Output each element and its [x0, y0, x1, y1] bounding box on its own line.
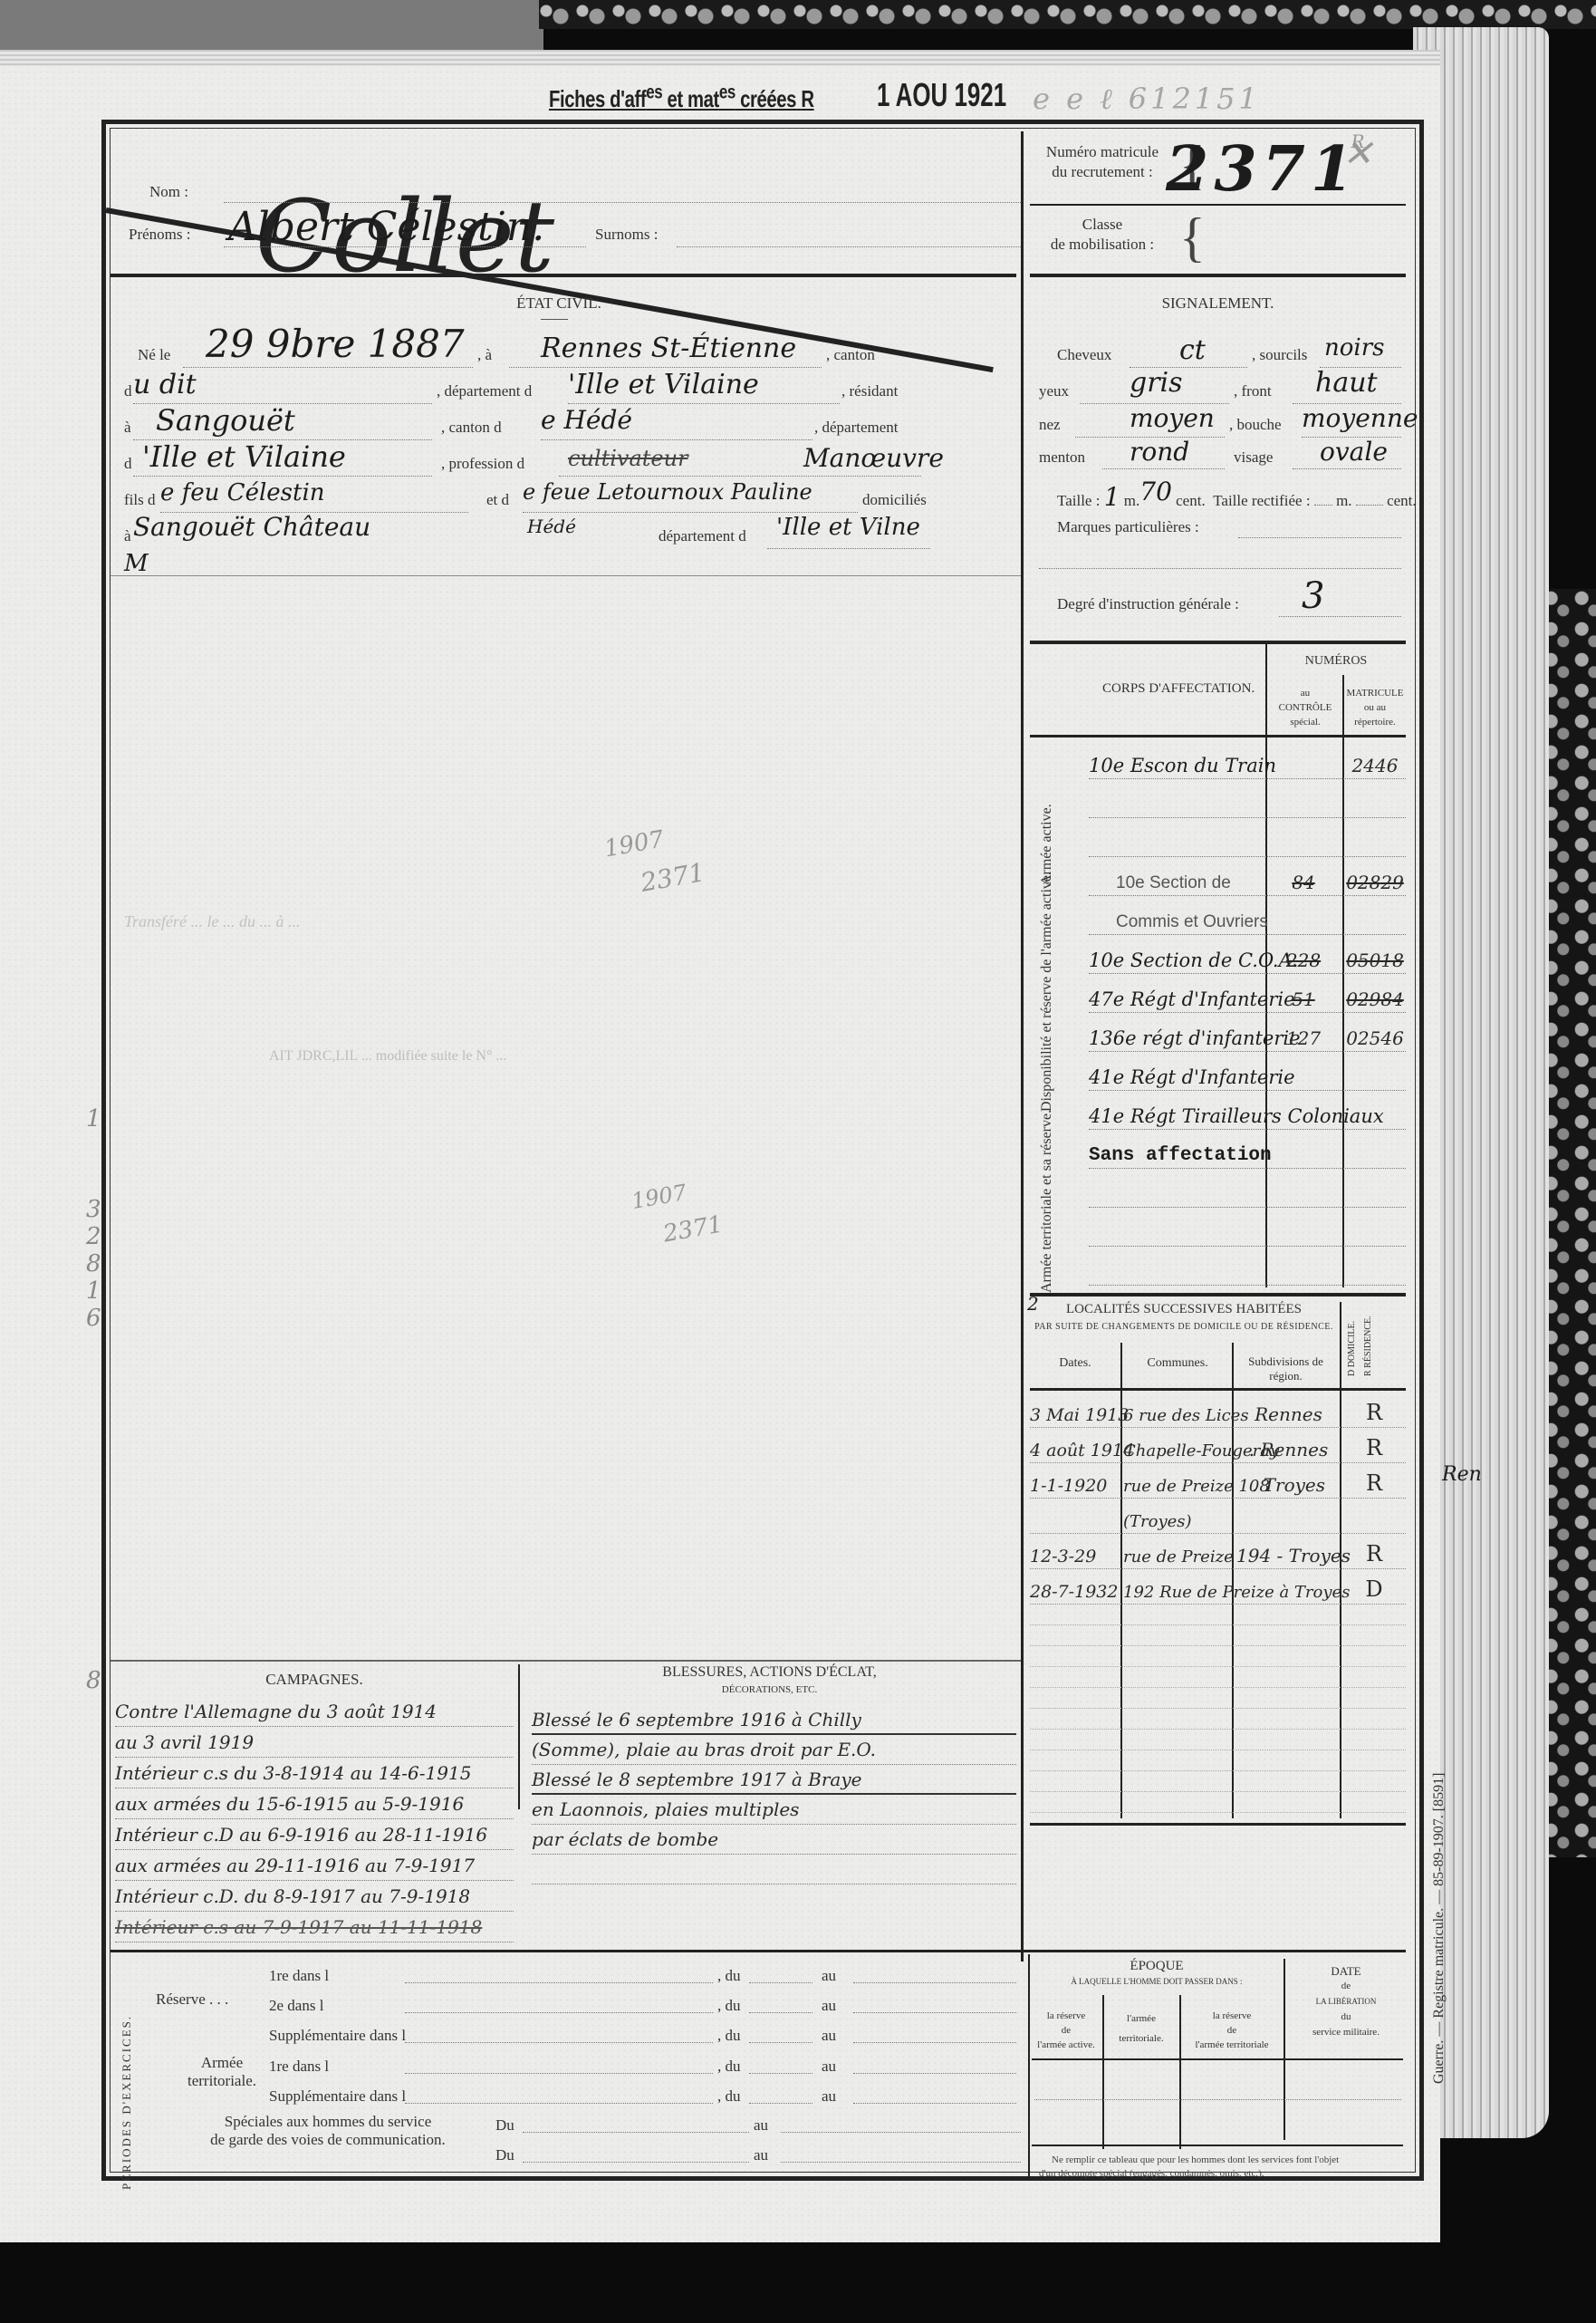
- campagne-line: au 3 avril 1919: [115, 1727, 514, 1758]
- affectation-row: 10e Escon du Train2446: [1089, 740, 1406, 779]
- periode-row: 1re dans l, duau: [269, 2052, 1021, 2079]
- corps-cell: Sans affectation: [1089, 1145, 1265, 1166]
- du-label: Du: [495, 2146, 514, 2164]
- au-label: au: [754, 2116, 768, 2135]
- corps-cell: 41e Régt d'Infanterie: [1089, 1066, 1265, 1088]
- marbled-cover-top: [539, 0, 1596, 29]
- periode-label: 2e dans l: [269, 1997, 323, 2015]
- surnoms-line: [677, 246, 1021, 247]
- campagne-line: Intérieur c.s du 3-8-1914 au 14-6-1915: [115, 1758, 514, 1788]
- du-label: , du: [717, 2058, 741, 2076]
- affectation-row: [1089, 779, 1406, 818]
- bouche-label: , bouche: [1229, 416, 1282, 434]
- margin-note: Ren: [1442, 1463, 1482, 1486]
- taille-m-value: 1: [1104, 482, 1120, 512]
- section-active-label: Armée active.: [1039, 767, 1055, 885]
- taille-rectifiee-label: Taille rectifiée :: [1213, 492, 1310, 509]
- periode-line: [405, 2012, 713, 2013]
- col-communes-header: Communes.: [1123, 1356, 1232, 1371]
- du-line: [523, 2132, 749, 2133]
- numeros-title: NUMÉROS: [1268, 654, 1404, 669]
- matricule-cell: 02984: [1344, 988, 1406, 1010]
- sourcils-label: , sourcils: [1252, 346, 1307, 364]
- marques-line: [1238, 537, 1401, 538]
- visage-label: visage: [1234, 448, 1273, 467]
- departement-label: , département d: [437, 382, 532, 400]
- a2-label: à: [124, 419, 131, 437]
- au-line: [853, 2042, 1016, 2043]
- campagnes-divider: [518, 1664, 520, 1809]
- taille-cm-value: 70: [1139, 477, 1172, 506]
- nez-label: nez: [1039, 416, 1061, 434]
- departement-line: [568, 403, 840, 404]
- dr-cell: R: [1342, 1541, 1406, 1566]
- localites-table-body: 3 Mai 19136 rue des LicesRennesR4 août 1…: [1030, 1393, 1406, 1813]
- localite-row-empty: [1030, 1771, 1406, 1792]
- cheveux-label: Cheveux: [1057, 346, 1111, 364]
- mere-line: [523, 512, 858, 513]
- departement3-label: département d: [659, 527, 746, 545]
- epoque-bottom-rule: [1032, 2145, 1403, 2146]
- epoque-col-divider-3: [1284, 1959, 1285, 2140]
- commune-cell: Chapelle-Fougeray: [1123, 1441, 1232, 1460]
- margin-number: 1: [86, 1105, 101, 1133]
- yeux-label: yeux: [1039, 382, 1069, 400]
- departement2-label: , département: [814, 419, 899, 437]
- periode-line: [405, 2103, 713, 2104]
- subdivision-cell: Rennes: [1236, 1403, 1341, 1425]
- ne-le-line: [183, 367, 473, 368]
- campagne-line: Intérieur c.D au 6-9-1916 au 28-11-1916: [115, 1819, 514, 1850]
- affectation-header-rule: [1030, 735, 1406, 737]
- localite-row: 12-3-29rue de Preize194 - TroyesR: [1030, 1534, 1406, 1569]
- campagne-line: aux armées au 29-11-1916 au 7-9-1917: [115, 1850, 514, 1881]
- periode-row: Supplémentaire dans l, duau: [269, 2021, 1021, 2048]
- registre-matricule-imprint: Guerre. — Registre matricule. — 85-89-19…: [1431, 1431, 1447, 2084]
- registration-bottom-rule: [1030, 274, 1406, 277]
- localite-row-empty: [1030, 1709, 1406, 1730]
- affectation-row: 41e Régt d'Infanterie: [1089, 1052, 1406, 1091]
- margin-number: 8: [86, 1667, 101, 1694]
- localite-row-empty: [1030, 1625, 1406, 1646]
- au-line: [853, 2012, 1016, 2013]
- matricule-cell: 02829: [1344, 872, 1406, 893]
- matricule-label: Numéro matriculedu recrutement :: [1030, 142, 1175, 182]
- residence-value: Sangouët: [156, 403, 295, 438]
- prenoms-value: Albert Célestin.: [228, 204, 544, 250]
- sourcils-value: noirs: [1324, 334, 1385, 361]
- au-line: [853, 2103, 1016, 2104]
- front-value: haut: [1315, 367, 1378, 399]
- taille-m-unit: m.: [1124, 492, 1139, 509]
- blessure-line: (Somme), plaie au bras droit par E.O.: [532, 1735, 1016, 1765]
- classe-label: Classede mobilisation :: [1030, 215, 1175, 255]
- du-line: [749, 2042, 812, 2043]
- date-liberation-header: DATEdeLA LIBÉRATIONduservice militaire.: [1286, 1963, 1406, 2040]
- corps-cell: 47e Régt d'Infanterie: [1089, 988, 1265, 1010]
- au-label: au: [822, 1997, 836, 2015]
- taille-cm-unit: cent.: [1176, 492, 1206, 509]
- periodes-top-rule: [111, 1950, 1406, 1952]
- periodes-side-title: PÉRIODES D'EXERCICES.: [120, 1972, 134, 2190]
- periode-label: Supplémentaire dans l: [269, 2087, 406, 2106]
- signalement-bottom-rule: [1030, 641, 1406, 644]
- col-subdivisions-header: Subdivisions de région.: [1234, 1354, 1338, 1383]
- domicile-value: Sangouët Château: [133, 512, 370, 542]
- instruction-value: 3: [1302, 575, 1324, 617]
- profession-line: [559, 476, 921, 477]
- column-divider: [1021, 131, 1024, 1962]
- dr-cell: R: [1342, 1435, 1406, 1460]
- dr-cell: R: [1342, 1400, 1406, 1425]
- departement2-line: [133, 476, 432, 477]
- periode-line: [405, 1982, 713, 1983]
- yeux-value: gris: [1130, 367, 1183, 399]
- birthplace-value: Rennes St-Étienne: [541, 333, 796, 364]
- brace: {: [1179, 210, 1206, 265]
- section-dispo-label: Disponibilité et réserve de l'armée acti…: [1039, 903, 1055, 1112]
- controle-cell: 84: [1267, 872, 1340, 893]
- taille-rect-m-unit: m.: [1336, 492, 1351, 509]
- registration-rule: [1030, 204, 1406, 206]
- canton2-label: , canton d: [441, 419, 502, 437]
- domicilies-label: domiciliés: [862, 491, 927, 509]
- date-cell: 1-1-1920: [1030, 1476, 1120, 1496]
- periode-row: Supplémentaire dans l, duau: [269, 2082, 1021, 2109]
- commune-cell: rue de Preize 108: [1123, 1477, 1232, 1496]
- localites-header-rule: [1030, 1388, 1406, 1391]
- du-line: [749, 2103, 812, 2104]
- campagne-line: aux armées du 15-6-1915 au 5-9-1916: [115, 1788, 514, 1819]
- localites-side-mark: 2: [1027, 1293, 1039, 1315]
- localite-row: 1-1-1920rue de Preize 108. TroyesR: [1030, 1463, 1406, 1499]
- localite-row-empty: [1030, 1792, 1406, 1813]
- prenoms-line: [224, 246, 586, 247]
- col-controle-header: auCONTRÔLEspécial.: [1270, 686, 1341, 729]
- taille-rect-m-line: [1314, 505, 1332, 506]
- visage-value: ovale: [1320, 437, 1388, 467]
- page-top-strip: [0, 50, 1440, 66]
- margin-number: 3: [86, 1196, 101, 1223]
- departement-value: 'Ille et Vilaine: [568, 369, 759, 400]
- pencil-2371-b: 2371: [661, 1210, 725, 1248]
- dr-cell: R: [1342, 1470, 1406, 1496]
- date-stamp: 1 AOU 1921: [877, 76, 1006, 114]
- residant-label: , résidant: [841, 382, 898, 400]
- affectation-row: [1089, 1247, 1406, 1286]
- au-label: au: [822, 2058, 836, 2076]
- affectation-bottom-rule: [1030, 1293, 1406, 1296]
- reserve-label: Réserve . . .: [156, 1990, 228, 2009]
- affectation-row: 47e Régt d'Infanterie5102984: [1089, 974, 1406, 1013]
- localites-bottom-rule: [1030, 1823, 1406, 1826]
- au-line: [853, 1982, 1016, 1983]
- localite-row: (Troyes): [1030, 1499, 1406, 1534]
- corps-cell: 41e Régt Tirailleurs Coloniaux: [1089, 1105, 1265, 1127]
- campagnes-list: Contre l'Allemagne du 3 août 1914au 3 av…: [115, 1696, 514, 1942]
- surnoms-label: Surnoms :: [595, 226, 658, 244]
- etat-civil-title: ÉTAT CIVIL.: [378, 294, 740, 313]
- d2-label: d: [124, 455, 132, 473]
- taille-row: Taille : 1 m.70 cent. Taille rectifiée :…: [1057, 482, 1417, 512]
- menton-line: [1102, 468, 1225, 469]
- blessures-subtitle: DÉCORATIONS, ETC.: [523, 1684, 1016, 1695]
- corps-affectation-title: CORPS D'AFFECTATION.: [1102, 681, 1255, 697]
- speciales-rows: DuauDuau: [495, 2108, 1021, 2168]
- pere-value: e feu Célestin: [160, 479, 325, 506]
- title-rule: [541, 319, 568, 320]
- pencil-1907-a: 1907: [602, 825, 666, 863]
- campagnes-top-rule: [111, 1660, 1021, 1662]
- extra-line-value: M: [124, 550, 149, 577]
- col-domicile-header: D DOMICILE.: [1347, 1304, 1357, 1376]
- localites-title: LOCALITÉS SUCCESSIVES HABITÉES: [1030, 1302, 1338, 1317]
- du-label: , du: [717, 1967, 741, 1985]
- affectation-row: [1089, 818, 1406, 857]
- au-label: au: [822, 2027, 836, 2045]
- au-label: au: [822, 1967, 836, 1985]
- et-label: et d: [486, 491, 509, 509]
- du-line: [749, 2012, 812, 2013]
- instruction-line: [1279, 616, 1401, 617]
- blessure-line: par éclats de bombe: [532, 1825, 1016, 1855]
- profession-label: , profession d: [441, 455, 524, 473]
- nom-label: Nom :: [149, 183, 188, 201]
- commune-cell: (Troyes): [1123, 1512, 1341, 1531]
- au-line: [853, 2073, 1016, 2074]
- matricule-mark: ✕R: [1342, 133, 1387, 175]
- binding-edge: [0, 0, 543, 54]
- date-cell: 4 août 1914: [1030, 1441, 1120, 1460]
- departement2-value: 'Ille et Vilaine: [142, 439, 346, 474]
- du-line: [523, 2162, 749, 2163]
- affectation-table-body: 10e Escon du Train244610e Section de8402…: [1089, 740, 1406, 1286]
- visage-line: [1293, 468, 1401, 469]
- ne-le-value: 29 9bre 1887: [206, 322, 465, 366]
- corps-cell: Commis et Ouvriers: [1116, 912, 1293, 932]
- affectation-row: [1089, 1169, 1406, 1208]
- faded-transfer-note: Transféré ... le ... du ... à ...: [124, 912, 994, 931]
- localite-row-empty: [1030, 1688, 1406, 1709]
- instruction-label: Degré d'instruction générale :: [1057, 595, 1239, 613]
- campagne-line: Contre l'Allemagne du 3 août 1914: [115, 1696, 514, 1727]
- localites-subtitle: PAR SUITE DE CHANGEMENTS DE DOMICILE OU …: [1030, 1322, 1338, 1332]
- localite-row: 3 Mai 19136 rue des LicesRennesR: [1030, 1393, 1406, 1428]
- localite-row: 28-7-1932192 Rue de Preize à TroyesD: [1030, 1569, 1406, 1605]
- commune-cell: rue de Preize: [1123, 1547, 1232, 1566]
- nom-line: [224, 202, 1021, 203]
- au-line: [781, 2162, 1021, 2163]
- epoque-note: Ne remplir ce tableau que pour les homme…: [1039, 2154, 1401, 2181]
- pencil-2371-a: 2371: [639, 857, 707, 898]
- affectation-row: Commis et Ouvriers: [1089, 896, 1406, 935]
- blessure-line: en Laonnois, plaies multiples: [532, 1795, 1016, 1825]
- du-line: [749, 1982, 812, 1983]
- speciale-row: Duau: [495, 2108, 1021, 2138]
- profession-struck: cultivateur: [568, 446, 688, 471]
- campagnes-title: CAMPAGNES.: [111, 1671, 518, 1689]
- campagne-line: Intérieur c.s au 7-9-1917 au 11-11-1918: [115, 1912, 514, 1942]
- pencil-reference: e e ℓ 612151: [1033, 82, 1261, 116]
- corps-cell: 10e Section de C.O.A.: [1089, 949, 1265, 971]
- canton-value: u dit: [133, 369, 197, 400]
- blessures-title: BLESSURES, ACTIONS D'ÉCLAT,: [523, 1664, 1016, 1681]
- margin-number: 2: [86, 1223, 101, 1250]
- marques-line-2: [1039, 568, 1401, 569]
- corps-cell: 10e Escon du Train: [1089, 755, 1265, 776]
- localite-row-empty: [1030, 1730, 1406, 1750]
- col-dates-header: Dates.: [1030, 1356, 1120, 1371]
- profession-value: Manœuvre: [803, 443, 944, 473]
- controle-cell: 51: [1267, 988, 1340, 1010]
- periode-line: [405, 2073, 713, 2074]
- subdivision-cell: . Troyes: [1236, 1474, 1341, 1496]
- controle-cell: 228: [1267, 949, 1340, 971]
- affectation-row: 41e Régt Tirailleurs Coloniaux: [1089, 1091, 1406, 1130]
- fils-label: fils d: [124, 491, 155, 509]
- affectation-row: 136e régt d'infanterie12702546: [1089, 1013, 1406, 1052]
- du-label: , du: [717, 2087, 741, 2106]
- epoque-subtitle: À LAQUELLE L'HOMME DOIT PASSER DANS :: [1030, 1977, 1284, 1986]
- nez-value: moyen: [1130, 403, 1215, 433]
- marques-label: Marques particulières :: [1057, 518, 1199, 536]
- periode-label: 1re dans l: [269, 1967, 329, 1985]
- matricule-value: 2371: [1166, 133, 1359, 206]
- armee-territoriale-label: Arméeterritoriale.: [187, 2054, 256, 2090]
- section-territoriale-label: Armée territoriale et sa réserve.: [1039, 1148, 1055, 1293]
- blessure-line-empty: [532, 1855, 1016, 1884]
- commune-cell: 6 rue des Lices: [1123, 1406, 1232, 1425]
- subdivision-cell: . Rennes: [1236, 1439, 1341, 1460]
- du-label: , du: [717, 2027, 741, 2045]
- pencil-1907-b: 1907: [630, 1180, 688, 1214]
- taille-label: Taille :: [1057, 492, 1100, 509]
- periode-row: 2e dans l, duau: [269, 1991, 1021, 2019]
- canton3-value: Hédé: [527, 516, 576, 537]
- matricule-cell: 02546: [1344, 1027, 1406, 1049]
- departement3-value: 'Ille et Vilne: [776, 514, 920, 541]
- affectation-row: [1089, 1208, 1406, 1247]
- epoque-col-armee-territoriale: l'arméeterritoriale.: [1104, 2009, 1178, 2048]
- au-label: au: [754, 2146, 768, 2164]
- menton-value: rond: [1130, 437, 1189, 467]
- a-line: [509, 367, 822, 368]
- du-line: [749, 2073, 812, 2074]
- etat-civil-rule: [111, 575, 1021, 576]
- a-label: , à: [477, 346, 492, 364]
- canton2-line: [541, 439, 812, 440]
- date-cell: 28-7-1932: [1030, 1582, 1120, 1602]
- blessure-line: Blessé le 6 septembre 1916 à Chilly: [532, 1705, 1016, 1735]
- taille-rect-cm-line: [1356, 505, 1383, 506]
- localite-row-empty: [1030, 1750, 1406, 1771]
- localite-row-empty: [1030, 1605, 1406, 1625]
- d-label: d: [124, 382, 132, 400]
- subdivision-cell: 194 - Troyes: [1236, 1545, 1341, 1566]
- a3-label: à: [124, 527, 131, 545]
- matricule-cell: 2446: [1344, 755, 1406, 776]
- corps-cell: 136e régt d'infanterie: [1089, 1027, 1265, 1049]
- canton2-value: e Hédé: [541, 405, 632, 435]
- mere-value: e feue Letournoux Pauline: [523, 479, 812, 505]
- epoque-title: ÉPOQUE: [1030, 1959, 1284, 1974]
- epoque-col-reserve-territoriale: la réservedel'armée territoriale: [1181, 2009, 1283, 2052]
- prenoms-label: Prénoms :: [129, 226, 190, 244]
- commune-cell: 192 Rue de Preize à Troyes: [1123, 1583, 1341, 1602]
- epoque-header-rule: [1032, 2058, 1403, 2060]
- campagne-line: Intérieur c.D. du 8-9-1917 au 7-9-1918: [115, 1881, 514, 1912]
- controle-cell: 127: [1267, 1027, 1340, 1049]
- periode-label: 1re dans l: [269, 2058, 329, 2076]
- corps-cell: 10e Section de: [1116, 873, 1293, 893]
- localite-row-empty: [1030, 1667, 1406, 1688]
- canton-label: , canton: [826, 346, 875, 364]
- signalement-title: SIGNALEMENT.: [1030, 294, 1406, 313]
- au-label: au: [822, 2087, 836, 2106]
- periode-label: Supplémentaire dans l: [269, 2027, 406, 2045]
- departement3-line: [767, 548, 930, 549]
- affectation-row: Sans affectation: [1089, 1130, 1406, 1169]
- fiches-stamp: Fiches d'affes et mates créées R: [549, 80, 814, 113]
- localite-row-empty: [1030, 1646, 1406, 1667]
- du-label: Du: [495, 2116, 514, 2135]
- blessures-list: Blessé le 6 septembre 1916 à Chilly(Somm…: [532, 1705, 1016, 1884]
- affectation-row: 10e Section de C.O.A.22805018: [1089, 935, 1406, 974]
- front-label: , front: [1234, 382, 1272, 400]
- localite-row: 4 août 1914Chapelle-Fougeray. RennesR: [1030, 1428, 1406, 1463]
- speciales-label: Spéciales aux hommes du servicede garde …: [169, 2113, 486, 2149]
- periode-row: 1re dans l, duau: [269, 1962, 1021, 1989]
- date-cell: 3 Mai 1913: [1030, 1405, 1120, 1425]
- menton-label: menton: [1039, 448, 1085, 467]
- cheveux-value: ct: [1179, 334, 1206, 366]
- header-rule: [111, 274, 1016, 277]
- periode-line: [405, 2042, 713, 2043]
- col-residence-header: R RÉSIDENCE.: [1363, 1304, 1373, 1376]
- margin-number: 8: [86, 1250, 101, 1277]
- epoque-left-border: [1028, 1954, 1030, 2176]
- margin-number: 1: [86, 1277, 101, 1305]
- du-label: , du: [717, 1997, 741, 2015]
- blessure-line: Blessé le 8 septembre 1917 à Braye: [532, 1765, 1016, 1795]
- epoque-col-reserve-active: la réservedel'armée active.: [1030, 2009, 1102, 2052]
- col-matricule-header: MATRICULEou aurépertoire.: [1344, 686, 1406, 729]
- marbled-cover-right: [1542, 589, 1596, 1857]
- form-frame: Collet Nom : Prénoms : Albert Célestin. …: [101, 120, 1424, 2181]
- au-line: [781, 2132, 1021, 2133]
- date-cell: 12-3-29: [1030, 1547, 1120, 1566]
- matricule-cell: 05018: [1344, 949, 1406, 971]
- faded-stamp-text: AIT JDRC,LIL ... modifiée suite le N° ..…: [269, 1048, 506, 1065]
- bouche-value: moyenne: [1302, 403, 1418, 433]
- speciale-row: Duau: [495, 2138, 1021, 2168]
- epoque-entry-line: [1034, 2099, 1401, 2100]
- margin-number: 6: [86, 1305, 101, 1332]
- affectation-row: 10e Section de8402829: [1089, 857, 1406, 896]
- taille-rect-cm-unit: cent.: [1387, 492, 1417, 509]
- dr-cell: D: [1342, 1576, 1406, 1602]
- ne-le-label: Né le: [138, 346, 170, 364]
